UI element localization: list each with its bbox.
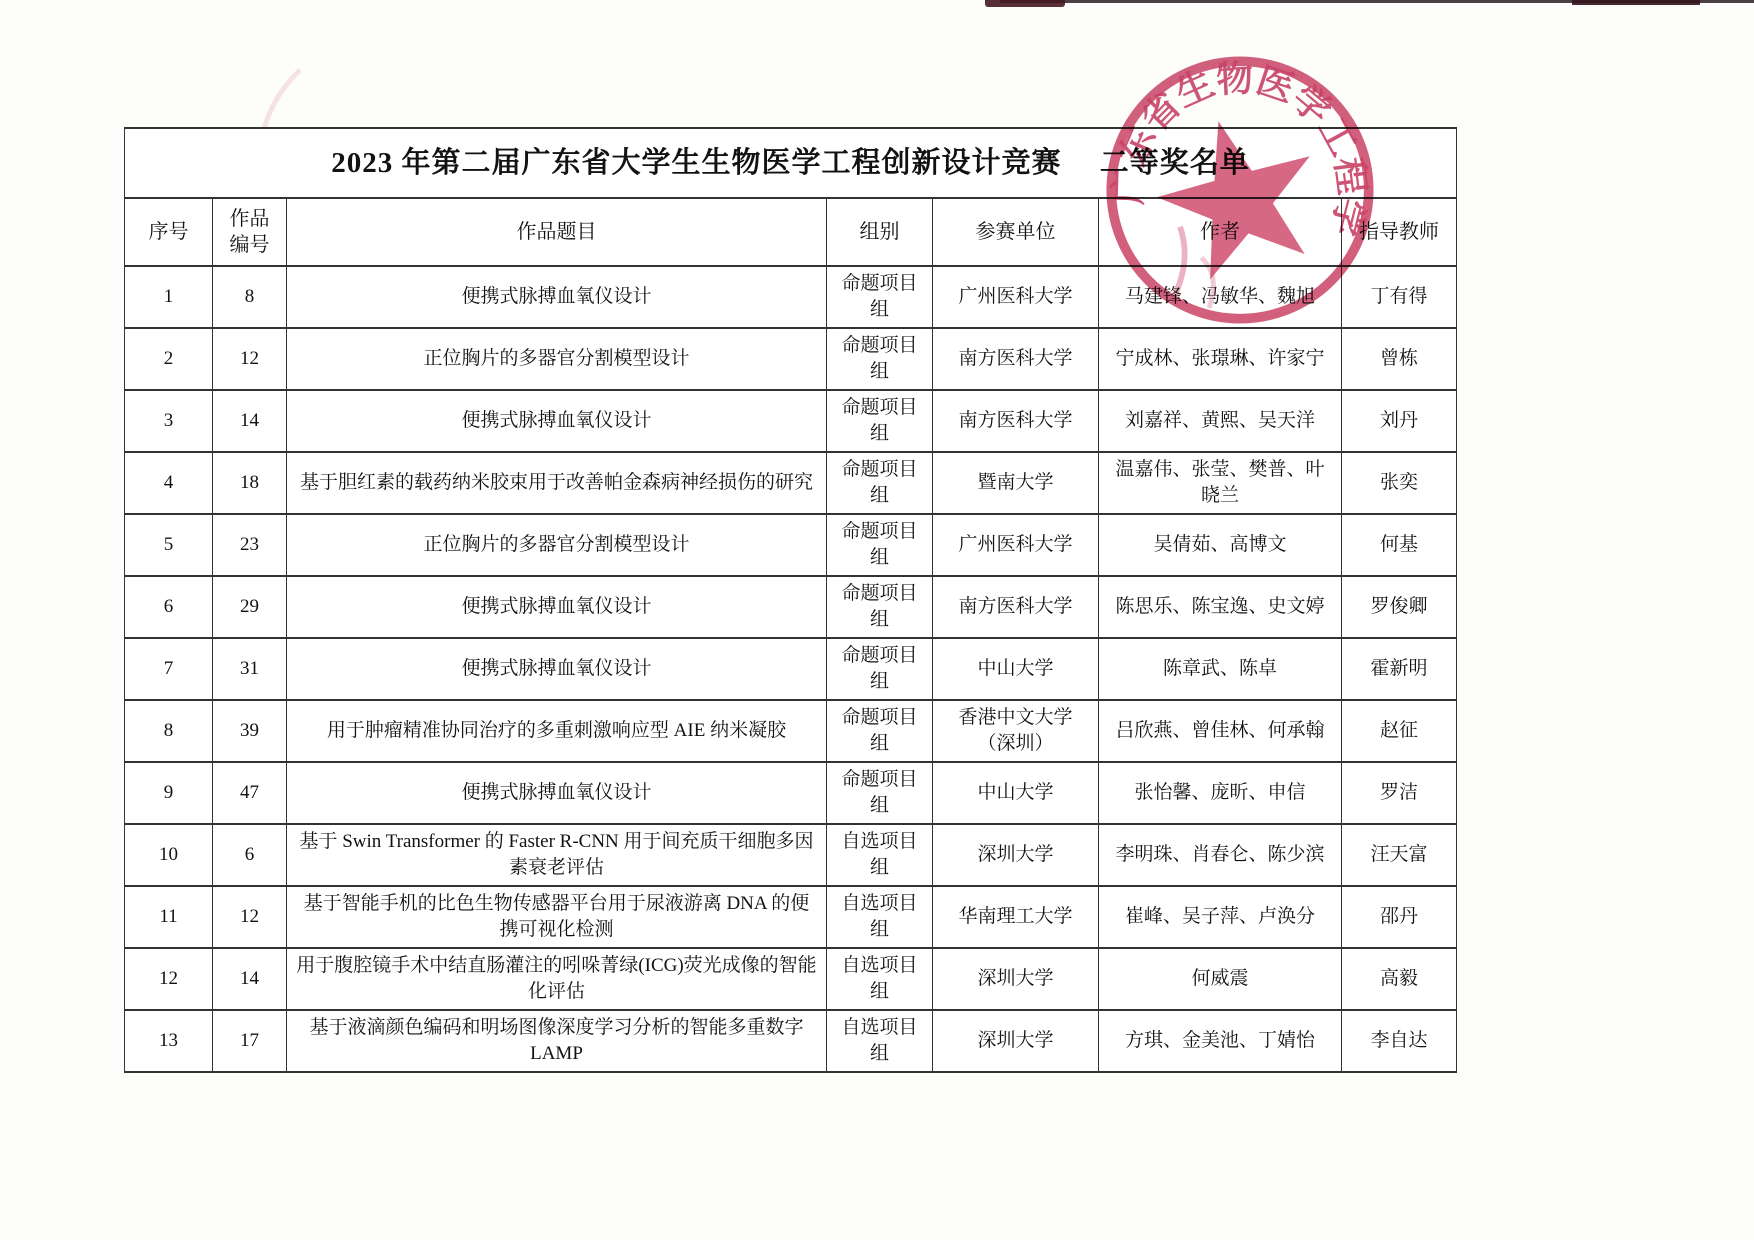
col-header-unit: 参赛单位 [933, 198, 1099, 266]
page-title: 2023 年第二届广东省大学生生物医学工程创新设计竞赛 二等奖名单 [125, 128, 1457, 198]
col-header-authors: 作者 [1099, 198, 1342, 266]
cell-index: 13 [125, 1010, 213, 1072]
cell-authors: 陈章武、陈卓 [1099, 638, 1342, 700]
scan-edge-artifact [985, 0, 1065, 7]
cell-index: 4 [125, 452, 213, 514]
cell-title: 正位胸片的多器官分割模型设计 [287, 328, 827, 390]
cell-code: 39 [213, 700, 287, 762]
cell-title: 便携式脉搏血氧仪设计 [287, 762, 827, 824]
cell-advisor: 罗俊卿 [1342, 576, 1457, 638]
cell-unit: 中山大学 [933, 638, 1099, 700]
cell-title: 便携式脉搏血氧仪设计 [287, 266, 827, 328]
cell-authors: 刘嘉祥、黄熙、吴天洋 [1099, 390, 1342, 452]
cell-code: 31 [213, 638, 287, 700]
cell-advisor: 罗洁 [1342, 762, 1457, 824]
cell-group: 命题项目组 [827, 514, 933, 576]
cell-group: 命题项目组 [827, 266, 933, 328]
table-row: 13 17 基于液滴颜色编码和明场图像深度学习分析的智能多重数字 LAMP 自选… [125, 1010, 1457, 1072]
cell-code: 23 [213, 514, 287, 576]
table-row: 2 12 正位胸片的多器官分割模型设计 命题项目组 南方医科大学 宁成林、张璟琳… [125, 328, 1457, 390]
table-title-row: 2023 年第二届广东省大学生生物医学工程创新设计竞赛 二等奖名单 [125, 128, 1457, 198]
cell-unit: 南方医科大学 [933, 390, 1099, 452]
cell-group: 自选项目组 [827, 1010, 933, 1072]
cell-code: 8 [213, 266, 287, 328]
cell-advisor: 丁有得 [1342, 266, 1457, 328]
col-header-code: 作品编号 [213, 198, 287, 266]
cell-group: 自选项目组 [827, 824, 933, 886]
table-row: 9 47 便携式脉搏血氧仪设计 命题项目组 中山大学 张怡馨、庞昕、申信 罗洁 [125, 762, 1457, 824]
table-header-row: 序号 作品编号 作品题目 组别 参赛单位 作者 指导教师 [125, 198, 1457, 266]
cell-advisor: 曾栋 [1342, 328, 1457, 390]
cell-group: 命题项目组 [827, 638, 933, 700]
col-header-advisor: 指导教师 [1342, 198, 1457, 266]
cell-title: 正位胸片的多器官分割模型设计 [287, 514, 827, 576]
cell-code: 14 [213, 390, 287, 452]
cell-unit: 南方医科大学 [933, 328, 1099, 390]
cell-advisor: 刘丹 [1342, 390, 1457, 452]
cell-unit: 深圳大学 [933, 1010, 1099, 1072]
cell-title: 便携式脉搏血氧仪设计 [287, 390, 827, 452]
cell-title: 基于胆红素的载药纳米胶束用于改善帕金森病神经损伤的研究 [287, 452, 827, 514]
table-row: 1 8 便携式脉搏血氧仪设计 命题项目组 广州医科大学 马建锋、冯敏华、魏旭 丁… [125, 266, 1457, 328]
cell-advisor: 李自达 [1342, 1010, 1457, 1072]
award-table: 2023 年第二届广东省大学生生物医学工程创新设计竞赛 二等奖名单 序号 作品编… [124, 127, 1457, 1073]
cell-index: 8 [125, 700, 213, 762]
cell-title: 用于肿瘤精准协同治疗的多重刺激响应型 AIE 纳米凝胶 [287, 700, 827, 762]
cell-advisor: 霍新明 [1342, 638, 1457, 700]
cell-group: 命题项目组 [827, 328, 933, 390]
scanned-page: 2023 年第二届广东省大学生生物医学工程创新设计竞赛 二等奖名单 序号 作品编… [0, 0, 1754, 1240]
cell-authors: 温嘉伟、张莹、樊普、叶晓兰 [1099, 452, 1342, 514]
cell-code: 47 [213, 762, 287, 824]
cell-title: 便携式脉搏血氧仪设计 [287, 576, 827, 638]
cell-title: 便携式脉搏血氧仪设计 [287, 638, 827, 700]
table-row: 8 39 用于肿瘤精准协同治疗的多重刺激响应型 AIE 纳米凝胶 命题项目组 香… [125, 700, 1457, 762]
cell-advisor: 高毅 [1342, 948, 1457, 1010]
cell-group: 自选项目组 [827, 948, 933, 1010]
cell-authors: 宁成林、张璟琳、许家宁 [1099, 328, 1342, 390]
cell-group: 命题项目组 [827, 390, 933, 452]
cell-unit: 香港中文大学（深圳） [933, 700, 1099, 762]
cell-advisor: 何基 [1342, 514, 1457, 576]
cell-index: 9 [125, 762, 213, 824]
col-header-title: 作品题目 [287, 198, 827, 266]
cell-code: 29 [213, 576, 287, 638]
cell-index: 1 [125, 266, 213, 328]
cell-authors: 何威震 [1099, 948, 1342, 1010]
cell-title: 基于 Swin Transformer 的 Faster R-CNN 用于间充质… [287, 824, 827, 886]
cell-group: 命题项目组 [827, 762, 933, 824]
table-row: 3 14 便携式脉搏血氧仪设计 命题项目组 南方医科大学 刘嘉祥、黄熙、吴天洋 … [125, 390, 1457, 452]
cell-unit: 暨南大学 [933, 452, 1099, 514]
table-row: 7 31 便携式脉搏血氧仪设计 命题项目组 中山大学 陈章武、陈卓 霍新明 [125, 638, 1457, 700]
cell-title: 用于腹腔镜手术中结直肠灌注的吲哚菁绿(ICG)荧光成像的智能化评估 [287, 948, 827, 1010]
scan-edge-artifact [1572, 0, 1700, 5]
cell-authors: 张怡馨、庞昕、申信 [1099, 762, 1342, 824]
cell-code: 17 [213, 1010, 287, 1072]
cell-code: 12 [213, 328, 287, 390]
cell-index: 3 [125, 390, 213, 452]
cell-advisor: 张奕 [1342, 452, 1457, 514]
cell-index: 6 [125, 576, 213, 638]
cell-index: 5 [125, 514, 213, 576]
cell-index: 10 [125, 824, 213, 886]
table-row: 12 14 用于腹腔镜手术中结直肠灌注的吲哚菁绿(ICG)荧光成像的智能化评估 … [125, 948, 1457, 1010]
cell-title: 基于液滴颜色编码和明场图像深度学习分析的智能多重数字 LAMP [287, 1010, 827, 1072]
cell-group: 命题项目组 [827, 452, 933, 514]
table-row: 6 29 便携式脉搏血氧仪设计 命题项目组 南方医科大学 陈思乐、陈宝逸、史文婷… [125, 576, 1457, 638]
cell-code: 14 [213, 948, 287, 1010]
cell-unit: 中山大学 [933, 762, 1099, 824]
cell-code: 6 [213, 824, 287, 886]
cell-group: 命题项目组 [827, 700, 933, 762]
cell-authors: 李明珠、肖春仑、陈少滨 [1099, 824, 1342, 886]
cell-authors: 方琪、金美池、丁婧怡 [1099, 1010, 1342, 1072]
cell-advisor: 汪天富 [1342, 824, 1457, 886]
table-row: 11 12 基于智能手机的比色生物传感器平台用于尿液游离 DNA 的便携可视化检… [125, 886, 1457, 948]
cell-unit: 广州医科大学 [933, 514, 1099, 576]
table-row: 5 23 正位胸片的多器官分割模型设计 命题项目组 广州医科大学 吴倩茹、高博文… [125, 514, 1457, 576]
cell-unit: 深圳大学 [933, 948, 1099, 1010]
cell-index: 12 [125, 948, 213, 1010]
cell-unit: 广州医科大学 [933, 266, 1099, 328]
cell-unit: 华南理工大学 [933, 886, 1099, 948]
cell-group: 自选项目组 [827, 886, 933, 948]
cell-title: 基于智能手机的比色生物传感器平台用于尿液游离 DNA 的便携可视化检测 [287, 886, 827, 948]
cell-code: 12 [213, 886, 287, 948]
cell-index: 11 [125, 886, 213, 948]
cell-authors: 陈思乐、陈宝逸、史文婷 [1099, 576, 1342, 638]
cell-advisor: 邵丹 [1342, 886, 1457, 948]
col-header-index: 序号 [125, 198, 213, 266]
table-row: 4 18 基于胆红素的载药纳米胶束用于改善帕金森病神经损伤的研究 命题项目组 暨… [125, 452, 1457, 514]
cell-index: 2 [125, 328, 213, 390]
table-row: 10 6 基于 Swin Transformer 的 Faster R-CNN … [125, 824, 1457, 886]
cell-unit: 南方医科大学 [933, 576, 1099, 638]
cell-authors: 吴倩茹、高博文 [1099, 514, 1342, 576]
cell-authors: 吕欣燕、曾佳林、何承翰 [1099, 700, 1342, 762]
cell-index: 7 [125, 638, 213, 700]
cell-authors: 崔峰、吴子萍、卢涣分 [1099, 886, 1342, 948]
cell-authors: 马建锋、冯敏华、魏旭 [1099, 266, 1342, 328]
cell-advisor: 赵征 [1342, 700, 1457, 762]
cell-code: 18 [213, 452, 287, 514]
cell-unit: 深圳大学 [933, 824, 1099, 886]
col-header-group: 组别 [827, 198, 933, 266]
cell-group: 命题项目组 [827, 576, 933, 638]
